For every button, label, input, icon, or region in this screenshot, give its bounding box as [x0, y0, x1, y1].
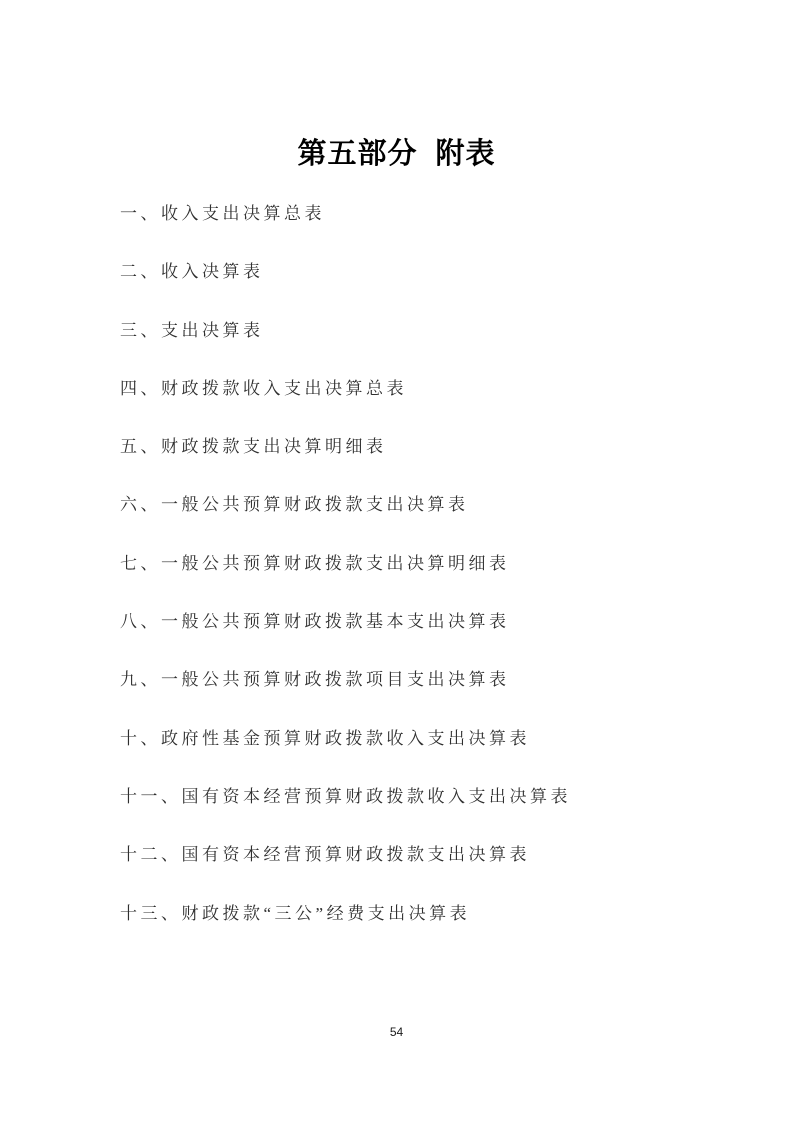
list-item: 一、收入支出决算总表 — [120, 185, 733, 243]
page-title: 第五部分 附表 — [0, 138, 793, 170]
list-item: 七、一般公共预算财政拨款支出决算明细表 — [120, 535, 733, 593]
list-item: 二、收入决算表 — [120, 243, 733, 301]
list-item: 十三、财政拨款“三公”经费支出决算表 — [120, 885, 733, 943]
list-item: 十一、国有资本经营预算财政拨款收入支出决算表 — [120, 768, 733, 826]
list-item: 五、财政拨款支出决算明细表 — [120, 418, 733, 476]
list-item: 三、支出决算表 — [120, 302, 733, 360]
attached-tables-list: 一、收入支出决算总表 二、收入决算表 三、支出决算表 四、财政拨款收入支出决算总… — [120, 185, 733, 943]
list-item: 八、一般公共预算财政拨款基本支出决算表 — [120, 593, 733, 651]
list-item: 十二、国有资本经营预算财政拨款支出决算表 — [120, 826, 733, 884]
list-item: 十、政府性基金预算财政拨款收入支出决算表 — [120, 710, 733, 768]
list-item: 六、一般公共预算财政拨款支出决算表 — [120, 476, 733, 534]
page-number: 54 — [0, 1024, 793, 1040]
document-page: 第五部分 附表 一、收入支出决算总表 二、收入决算表 三、支出决算表 四、财政拨… — [0, 0, 793, 1122]
list-item: 四、财政拨款收入支出决算总表 — [120, 360, 733, 418]
list-item: 九、一般公共预算财政拨款项目支出决算表 — [120, 651, 733, 709]
